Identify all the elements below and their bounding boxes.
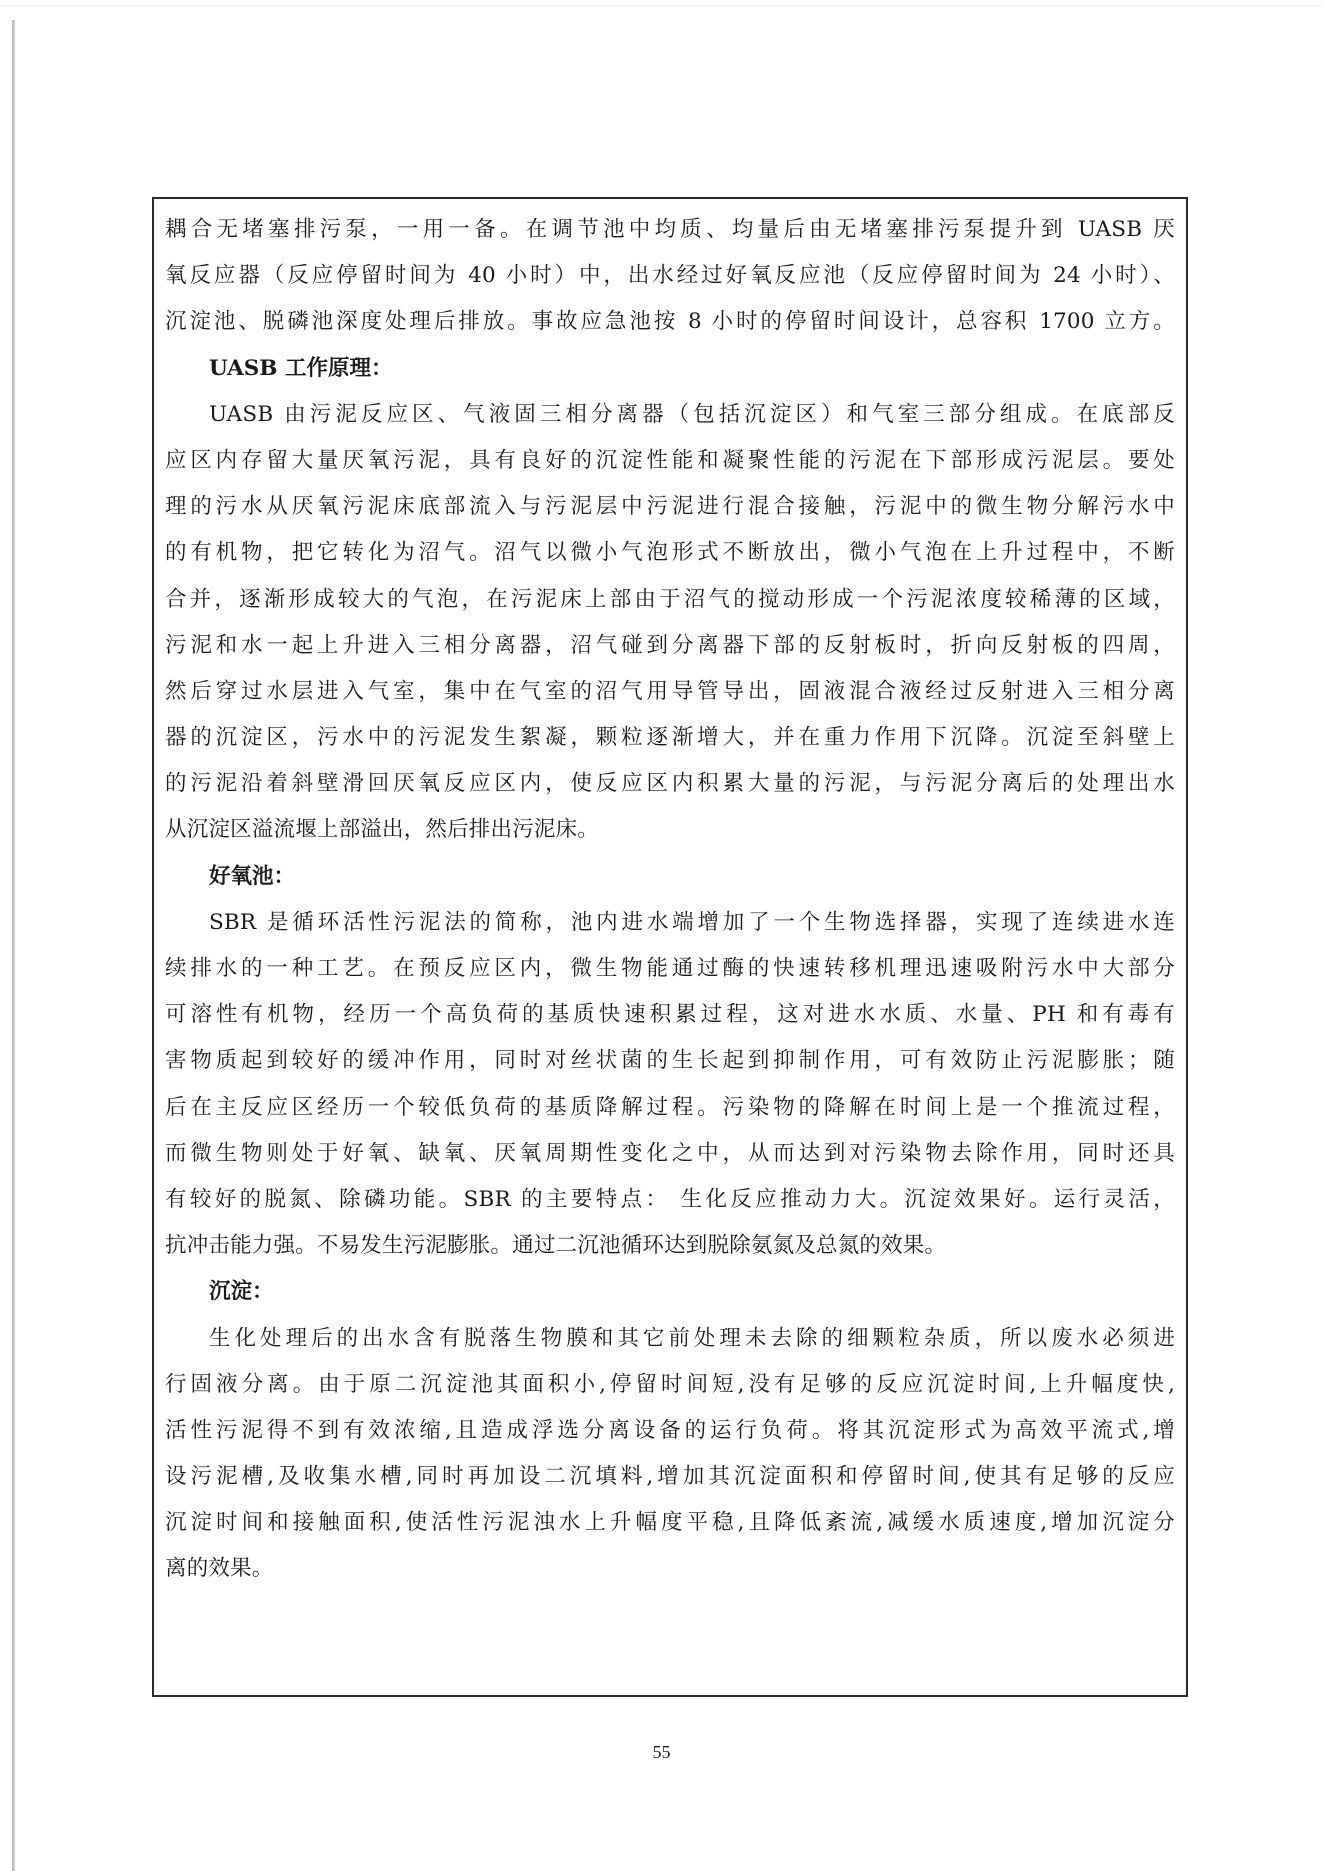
text-line: 活性污泥得不到有效浓缩,且造成浮选分离设备的运行负荷。将其沉淀形式为高效平流式,… (165, 1408, 1175, 1454)
text-line: 合并，逐渐形成较大的气泡，在污泥床上部由于沼气的搅动形成一个污泥浓度较稀薄的区域… (165, 577, 1175, 623)
text-line: 氧反应器（反应停留时间为 40 小时）中，出水经过好氧反应池（反应停留时间为 2… (165, 253, 1175, 299)
text-line: 生化处理后的出水含有脱落生物膜和其它前处理未去除的细颗粒杂质，所以废水必须进 (165, 1316, 1175, 1362)
text-line: 耦合无堵塞排污泵，一用一备。在调节池中均质、均量后由无堵塞排污泵提升到 UASB… (165, 207, 1175, 253)
section-heading: 好氧池： (165, 854, 1175, 900)
text-line: 污泥和水一起上升进入三相分离器，沼气碰到分离器下部的反射板时，折向反射板的四周， (165, 623, 1175, 669)
section-heading: UASB 工作原理： (165, 346, 1175, 392)
text-line: 续排水的一种工艺。在预反应区内，微生物能通过酶的快速转移机理迅速吸附污水中大部分 (165, 946, 1175, 992)
text-line: 从沉淀区溢流堰上部溢出，然后排出污泥床。 (165, 807, 1175, 853)
text-line: 沉淀时间和接触面积,使活性污泥浊水上升幅度平稳,且降低紊流,减缓水质速度,增加沉… (165, 1500, 1175, 1546)
text-line: 离的效果。 (165, 1546, 1175, 1592)
text-line: 理的污水从厌氧污泥床底部流入与污泥层中污泥进行混合接触，污泥中的微生物分解污水中 (165, 484, 1175, 530)
page-number: 55 (0, 1742, 1323, 1763)
section-heading: 沉淀： (165, 1269, 1175, 1315)
text-line: 然后穿过水层进入气室，集中在气室的沼气用导管导出，固液混合液经过反射进入三相分离 (165, 669, 1175, 715)
scan-top-edge (0, 5, 1323, 6)
text-line: 后在主反应区经历一个较低负荷的基质降解过程。污染物的降解在时间上是一个推流过程， (165, 1085, 1175, 1131)
text-line: 应区内存留大量厌氧污泥，具有良好的沉淀性能和凝聚性能的污泥在下部形成污泥层。要处 (165, 438, 1175, 484)
text-line: 行固液分离。由于原二沉淀池其面积小,停留时间短,没有足够的反应沉淀时间,上升幅度… (165, 1362, 1175, 1408)
section-aerobic: 好氧池： SBR 是循环活性污泥法的简称，池内进水端增加了一个生物选择器，实现了… (165, 854, 1175, 1270)
text-line: SBR 是循环活性污泥法的简称，池内进水端增加了一个生物选择器，实现了连续进水连 (165, 900, 1175, 946)
text-line: 抗冲击能力强。不易发生污泥膨胀。通过二沉池循环达到脱除氨氮及总氮的效果。 (165, 1223, 1175, 1269)
text-line: 可溶性有机物，经历一个高负荷的基质快速积累过程，这对进水水质、水量、PH 和有毒… (165, 992, 1175, 1038)
paragraph-intro: 耦合无堵塞排污泵，一用一备。在调节池中均质、均量后由无堵塞排污泵提升到 UASB… (165, 207, 1175, 346)
scan-left-edge (12, 20, 15, 1871)
content-box: 耦合无堵塞排污泵，一用一备。在调节池中均质、均量后由无堵塞排污泵提升到 UASB… (152, 197, 1188, 1697)
section-uasb: UASB 工作原理： UASB 由污泥反应区、气液固三相分离器（包括沉淀区）和气… (165, 346, 1175, 854)
section-settling: 沉淀： 生化处理后的出水含有脱落生物膜和其它前处理未去除的细颗粒杂质，所以废水必… (165, 1269, 1175, 1592)
text-line: 的污泥沿着斜壁滑回厌氧反应区内，使反应区内积累大量的污泥，与污泥分离后的处理出水 (165, 761, 1175, 807)
text-line: 器的沉淀区，污水中的污泥发生絮凝，颗粒逐渐增大，并在重力作用下沉降。沉淀至斜壁上 (165, 715, 1175, 761)
text-line: 的有机物，把它转化为沼气。沼气以微小气泡形式不断放出，微小气泡在上升过程中，不断 (165, 530, 1175, 576)
text-line: 有较好的脱氮、除磷功能。SBR 的主要特点： 生化反应推动力大。沉淀效果好。运行… (165, 1177, 1175, 1223)
text-line: 而微生物则处于好氧、缺氧、厌氧周期性变化之中，从而达到对污染物去除作用，同时还具 (165, 1131, 1175, 1177)
text-line: 设污泥槽,及收集水槽,同时再加设二沉填料,增加其沉淀面积和停留时间,使其有足够的… (165, 1454, 1175, 1500)
text-line: UASB 由污泥反应区、气液固三相分离器（包括沉淀区）和气室三部分组成。在底部反 (165, 392, 1175, 438)
text-line: 害物质起到较好的缓冲作用，同时对丝状菌的生长起到抑制作用，可有效防止污泥膨胀；随 (165, 1038, 1175, 1084)
text-line: 沉淀池、脱磷池深度处理后排放。事故应急池按 8 小时的停留时间设计，总容积 17… (165, 299, 1175, 345)
